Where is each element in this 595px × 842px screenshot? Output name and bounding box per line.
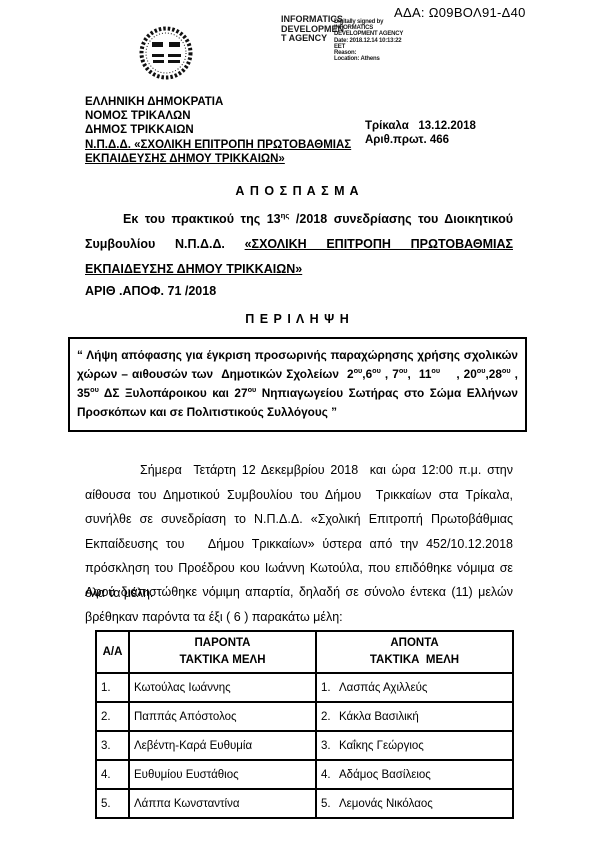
members-table: Α/Α ΠΑΡΟΝΤΑ ΤΑΚΤΙΚΑ ΜΕΛΗ ΑΠΟΝΤΑ ΤΑΚΤΙΚΑ …	[95, 630, 514, 819]
row-number: 1.	[96, 673, 129, 702]
summary-heading: Π Ε Ρ Ι Λ Η Ψ Η	[0, 312, 595, 326]
table-row: 4. Ευθυμίου Ευστάθιος 4.Αδάμος Βασίλειος	[96, 760, 513, 789]
row-number: 3.	[96, 731, 129, 760]
decision-number: ΑΡΙΘ .ΑΠΟΦ. 71 /2018	[85, 284, 216, 298]
document-title: Α Π Ο Σ Π Α Σ Μ Α	[0, 184, 595, 198]
greek-state-emblem-icon	[139, 26, 193, 80]
header-absent: ΑΠΟΝΤΑ ΤΑΚΤΙΚΑ ΜΕΛΗ	[316, 631, 513, 673]
ada-code: ΑΔΑ: Ω09ΒΟΛ91-Δ40	[394, 5, 526, 20]
absent-member: 4.Αδάμος Βασίλειος	[316, 760, 513, 789]
document-page: ΑΔΑ: Ω09ΒΟΛ91-Δ40 INFORMATICS DEVELOPMEN…	[0, 0, 595, 842]
letterhead-republic: ΕΛΛΗΝΙΚΗ ΔΗΜΟΚΡΑΤΙΑ	[85, 95, 385, 109]
present-member: Παππάς Απόστολος	[129, 702, 316, 731]
row-number: 5.	[96, 789, 129, 818]
header-present: ΠΑΡΟΝΤΑ ΤΑΚΤΙΚΑ ΜΕΛΗ	[129, 631, 316, 673]
letterhead-npdd-line1: Ν.Π.Δ.Δ. «ΣΧΟΛΙΚΗ ΕΠΙΤΡΟΠΗ ΠΡΩΤΟΒΑΘΜΙΑΣ	[85, 138, 385, 152]
header-aa: Α/Α	[96, 631, 129, 673]
letterhead-npdd-line2: ΕΚΠΑΙΔΕΥΣΗΣ ΔΗΜΟΥ ΤΡΙΚΚΑΙΩΝ»	[85, 152, 385, 166]
row-number: 2.	[96, 702, 129, 731]
table-row: 5. Λάππα Κωνσταντίνα 5.Λεμονάς Νικόλαος	[96, 789, 513, 818]
table-header-row: Α/Α ΠΑΡΟΝΤΑ ΤΑΚΤΙΚΑ ΜΕΛΗ ΑΠΟΝΤΑ ΤΑΚΤΙΚΑ …	[96, 631, 513, 673]
table-row: 3. Λεβέντη-Καρά Ευθυμία 3.Καΐκης Γεώργιο…	[96, 731, 513, 760]
signing-agency-name: INFORMATICS DEVELOPMEN T AGENCY	[281, 15, 339, 44]
absent-member: 1.Λασπάς Αχιλλεύς	[316, 673, 513, 702]
table-row: 2. Παππάς Απόστολος 2.Κάκλα Βασιλική	[96, 702, 513, 731]
present-member: Λάππα Κωνσταντίνα	[129, 789, 316, 818]
present-member: Ευθυμίου Ευστάθιος	[129, 760, 316, 789]
table-row: 1. Κωτούλας Ιωάννης 1.Λασπάς Αχιλλεύς	[96, 673, 513, 702]
absent-member: 3.Καΐκης Γεώργιος	[316, 731, 513, 760]
present-member: Κωτούλας Ιωάννης	[129, 673, 316, 702]
digital-signature-details: Digitally signed by INFORMATICS DEVELOPM…	[334, 19, 444, 62]
letterhead-municipality: ΔΗΜΟΣ ΤΡΙΚΚΑΙΩΝ	[85, 123, 385, 137]
protocol-number: Αριθ.πρωτ. 466	[365, 134, 565, 146]
absent-member: 2.Κάκλα Βασιλική	[316, 702, 513, 731]
row-number: 4.	[96, 760, 129, 789]
absent-member: 5.Λεμονάς Νικόλαος	[316, 789, 513, 818]
place-and-date: Τρίκαλα 13.12.2018	[365, 120, 565, 132]
present-member: Λεβέντη-Καρά Ευθυμία	[129, 731, 316, 760]
body-paragraph-quorum: Αφού διαπιστώθηκε νόμιμη απαρτία, δηλαδή…	[85, 580, 513, 629]
letterhead-prefecture: ΝΟΜΟΣ ΤΡΙΚΑΛΩΝ	[85, 109, 385, 123]
letterhead: ΕΛΛΗΝΙΚΗ ΔΗΜΟΚΡΑΤΙΑ ΝΟΜΟΣ ΤΡΙΚΑΛΩΝ ΔΗΜΟΣ…	[85, 95, 385, 166]
intro-paragraph: Εκ του πρακτικού της 13ης /2018 συνεδρία…	[85, 207, 513, 282]
summary-box: “ Λήψη απόφασης για έγκριση προσωρινής π…	[68, 337, 527, 432]
